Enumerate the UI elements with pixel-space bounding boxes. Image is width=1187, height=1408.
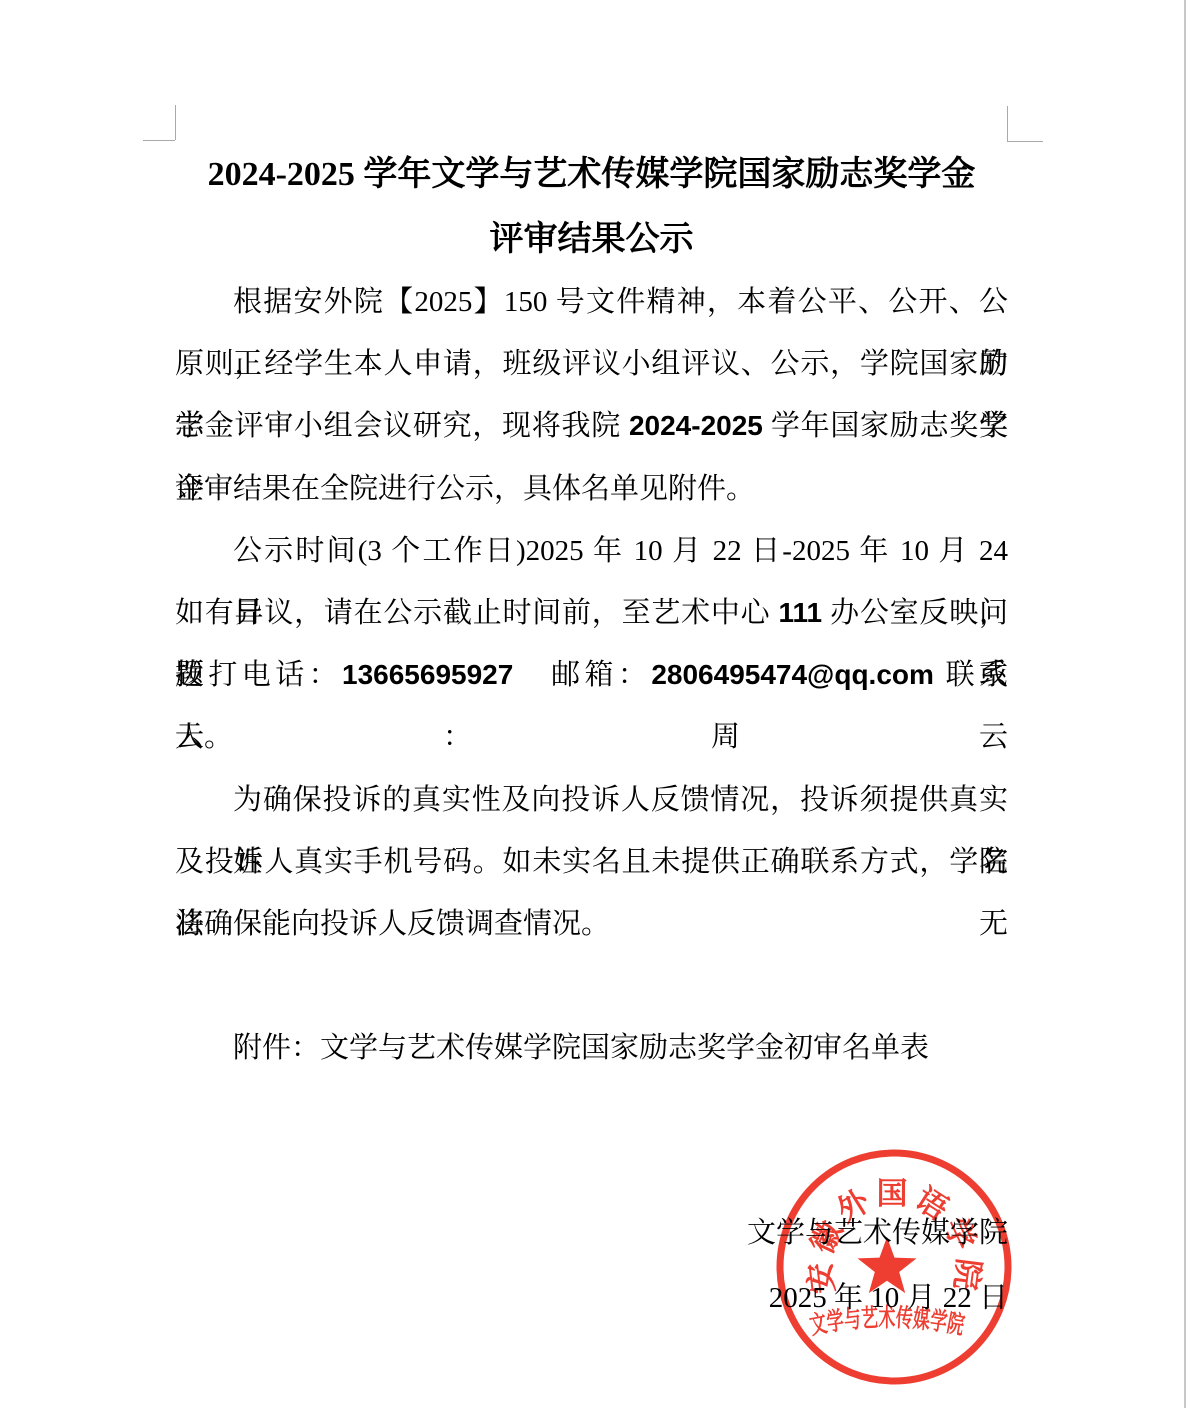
document-title: 2024-2025 学年文学与艺术传媒学院国家励志奖学金 评审结果公示 — [175, 142, 1008, 272]
body-line: 如有异议，请在公示截止时间前，至艺术中心 111 办公室反映问题或 — [175, 582, 1008, 644]
signature-org: 文学与艺术传媒学院 — [175, 1201, 1008, 1266]
body-line: 附件：文学与艺术传媒学院国家励志奖学金初审名单表 — [175, 1017, 1008, 1079]
bold-number-segment: 2806495474@qq.com — [651, 659, 934, 690]
body-line: 根据安外院【2025】150 号文件精神，本着公平、公开、公正的 — [175, 271, 1008, 333]
text-boundary-mark-top-right-h — [1007, 141, 1043, 142]
page-edge-line — [1184, 0, 1186, 1408]
text-segment: 法确保能向投诉人反馈调查情况。 — [175, 908, 610, 940]
signature-date: 2025 年 10 月 22 日 — [175, 1266, 1008, 1331]
body-line: 学金评审小组会议研究，现将我院 2024-2025 学年国家励志奖学金 — [175, 395, 1008, 457]
text-segment: 邮箱： — [513, 659, 651, 691]
body-line: 公示时间(3 个工作日)2025 年 10 月 22 日-2025 年 10 月… — [175, 520, 1008, 582]
text-segment: 学金评审小组会议研究，现将我院 — [175, 410, 629, 442]
text-boundary-mark-top-right-v — [1007, 106, 1008, 141]
body-line: 为确保投诉的真实性及向投诉人反馈情况，投诉须提供真实姓名 — [175, 769, 1008, 831]
text-segment: 附件：文学与艺术传媒学院国家励志奖学金初审名单表 — [233, 1032, 929, 1064]
body-line: 拨打电话：13665695927 邮箱：2806495474@qq.com 联系… — [175, 644, 1008, 706]
bold-number-segment: 2024-2025 — [629, 410, 763, 441]
text-boundary-mark-top-left-h — [143, 140, 175, 141]
body-line: 原则，经学生本人申请，班级评议小组评议、公示，学院国家励志奖 — [175, 333, 1008, 395]
text-segment: 如有异议，请在公示截止时间前，至艺术中心 — [175, 597, 778, 629]
bold-number-segment: 111 — [778, 597, 822, 628]
text-segment: 云。 — [175, 721, 233, 753]
text-segment: 评审结果在全院进行公示，具体名单见附件。 — [175, 473, 755, 505]
title-line-1: 2024-2025 学年文学与艺术传媒学院国家励志奖学金 — [175, 142, 1008, 207]
body-line: 及投诉人真实手机号码。如未实名且未提供正确联系方式，学院将无 — [175, 831, 1008, 893]
body-line: 评审结果在全院进行公示，具体名单见附件。 — [175, 458, 1008, 520]
document-body: 根据安外院【2025】150 号文件精神，本着公平、公开、公正的原则，经学生本人… — [175, 271, 1008, 1079]
text-boundary-mark-top-left-v — [175, 105, 176, 140]
bold-number-segment: 13665695927 — [342, 659, 513, 690]
body-line — [175, 955, 1008, 1017]
document-page: 2024-2025 学年文学与艺术传媒学院国家励志奖学金 评审结果公示 根据安外… — [0, 0, 1187, 1408]
signature-block: 文学与艺术传媒学院 2025 年 10 月 22 日 — [175, 1201, 1008, 1331]
title-line-2: 评审结果公示 — [175, 207, 1008, 272]
text-segment: 拨打电话： — [175, 659, 342, 691]
